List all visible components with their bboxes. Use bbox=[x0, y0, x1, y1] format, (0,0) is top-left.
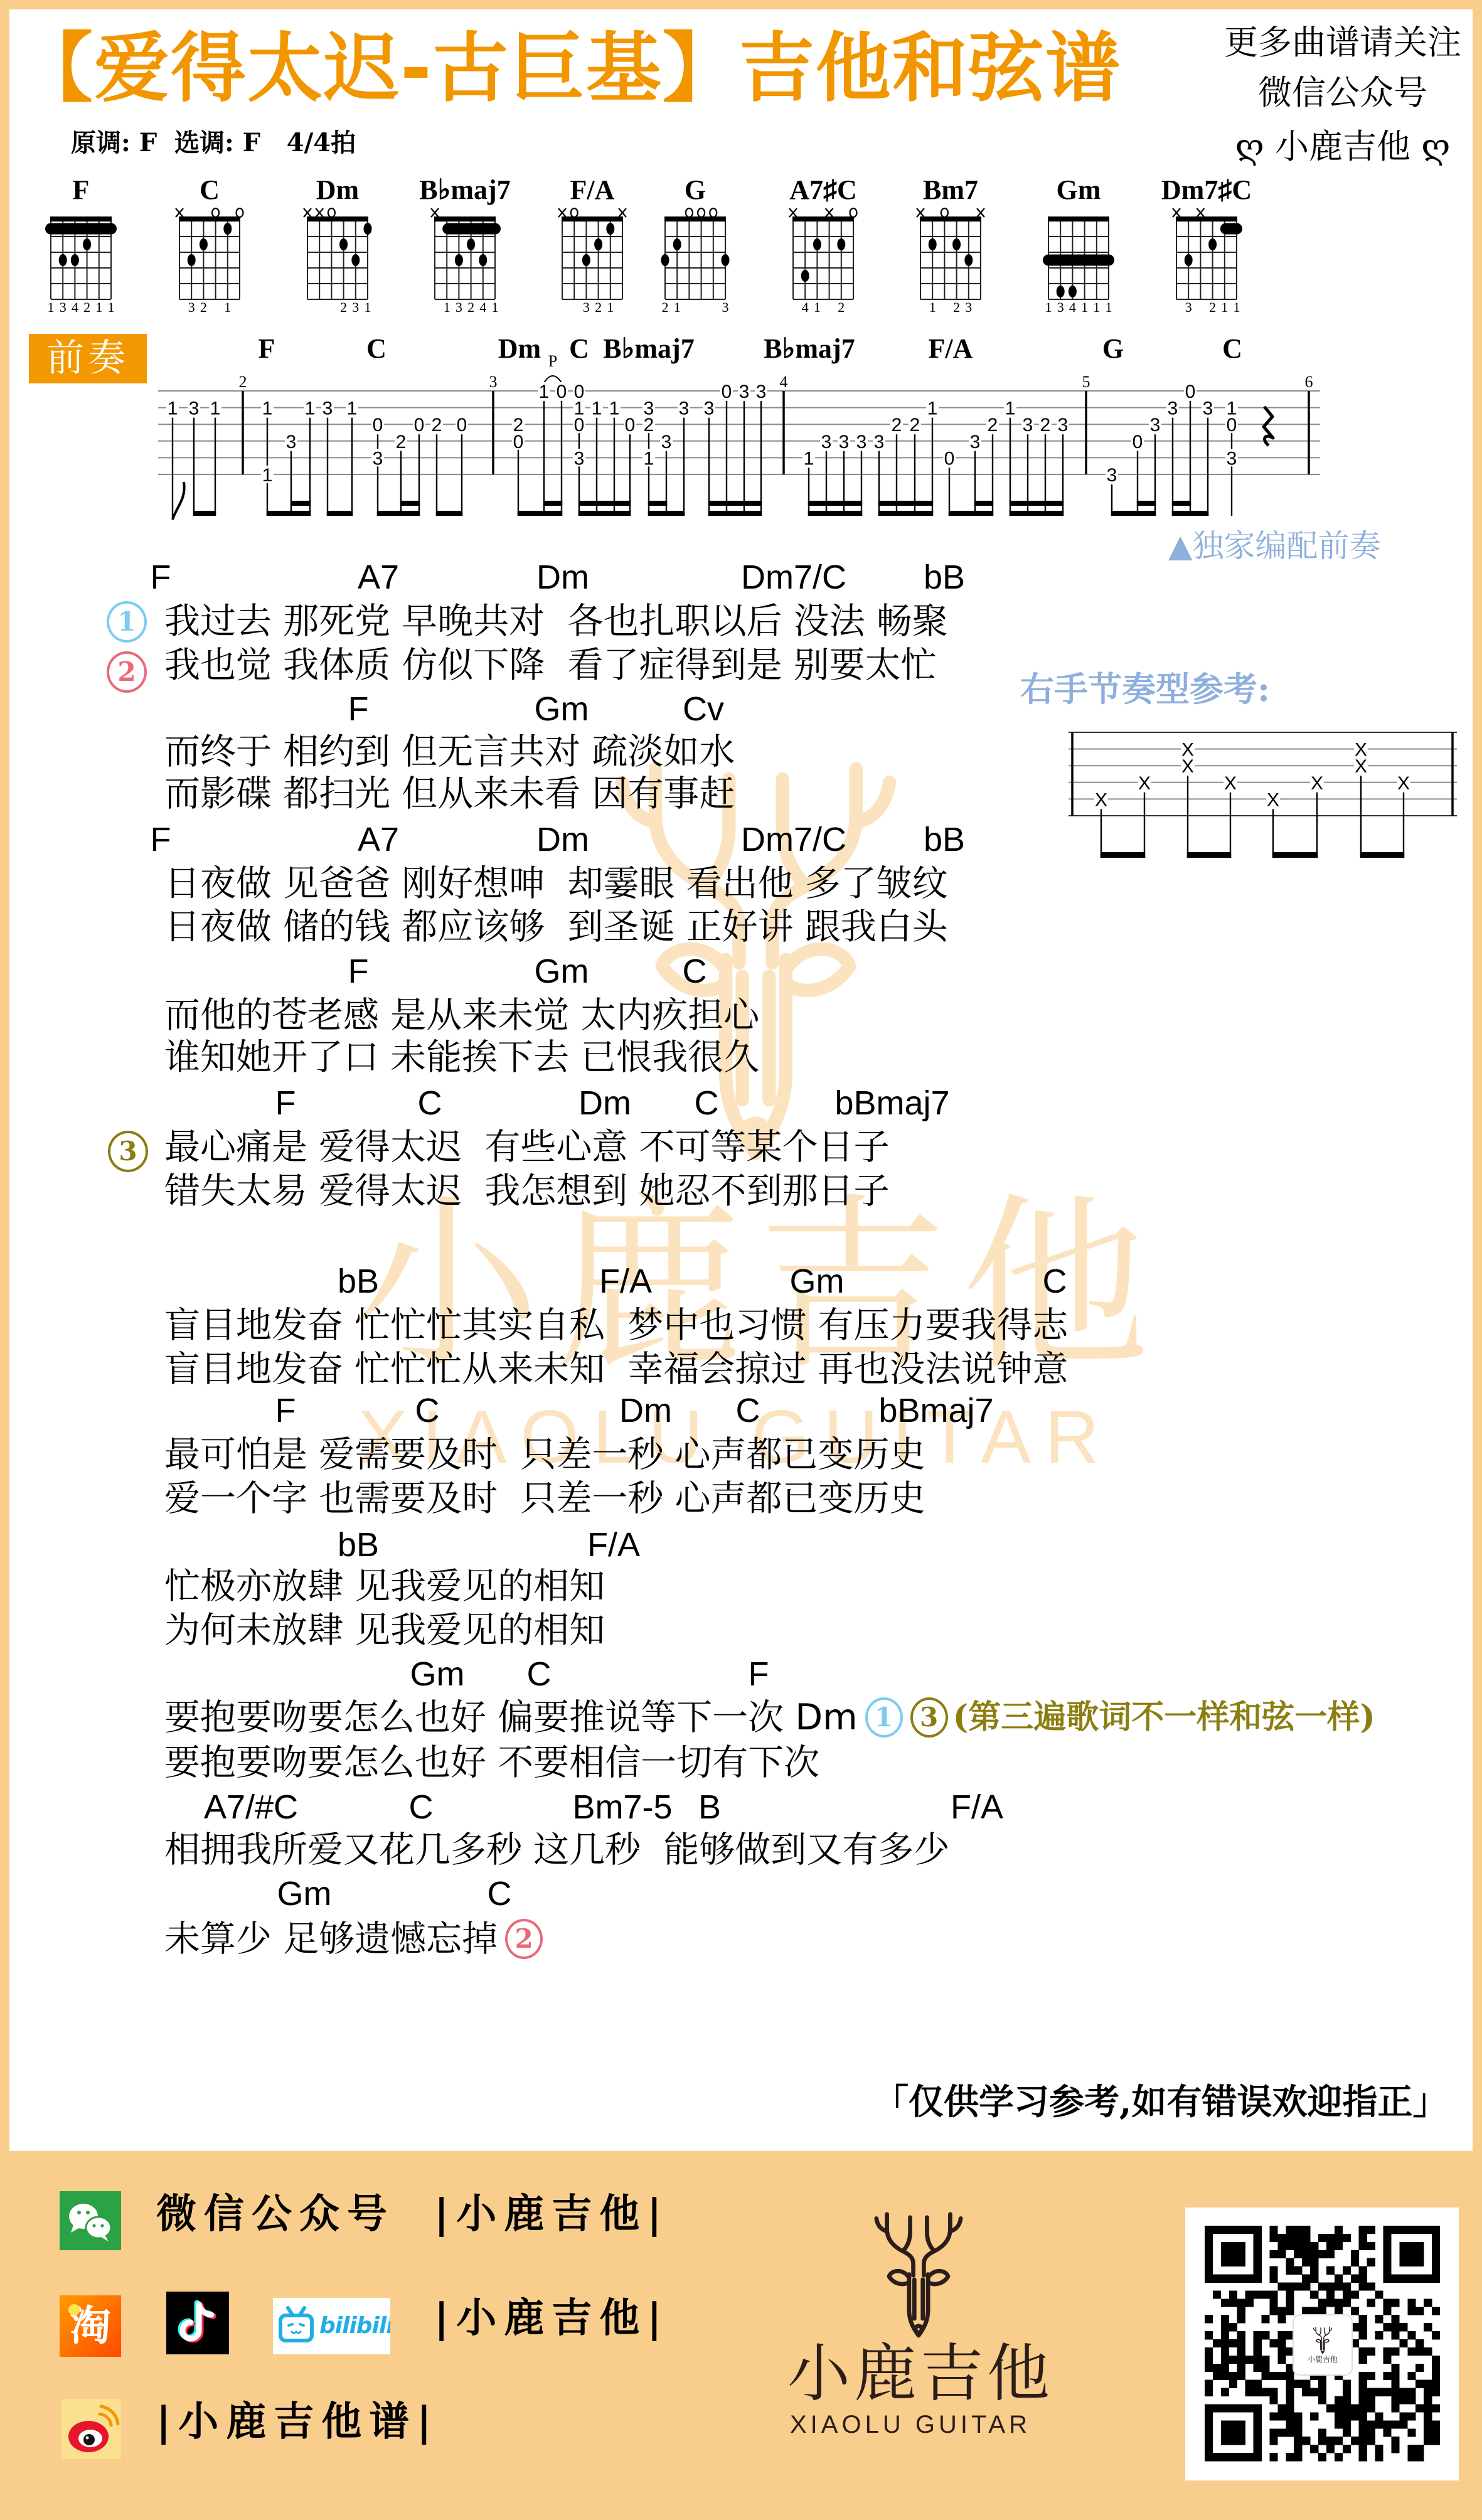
lyric-line: 谁知她开了口 未能挨下去 已恨我很久 bbox=[164, 1037, 759, 1077]
chord-diagram: 412A7♯C bbox=[779, 173, 867, 320]
fret-number: 2 bbox=[432, 415, 442, 435]
lyric-text: 为何未放肆 见我爱见的相知 bbox=[164, 1610, 605, 1650]
chord-line: F A7 Dm Dm7/C bB bbox=[0, 821, 1482, 858]
chord-diagram: 13241B♭maj7 bbox=[421, 173, 509, 320]
chord-line: F C Dm C bBmaj7 bbox=[0, 1392, 1482, 1429]
fret-number: 2 bbox=[892, 415, 902, 435]
fret-number: 3 bbox=[661, 432, 672, 452]
finger-dot bbox=[83, 238, 91, 250]
lyric-line: 忙极亦放肆 见我爱见的相知 bbox=[164, 1566, 605, 1606]
bilibili-text: bilibili bbox=[319, 2312, 390, 2341]
note-beam bbox=[436, 511, 462, 516]
fret-number: 0 bbox=[1185, 382, 1196, 402]
finger-dot bbox=[606, 223, 614, 235]
chord-line: F Gm Cv bbox=[0, 690, 1482, 728]
lyric-line: 最可怕是 爱需要及时 只差一秒 心声都已变历史 bbox=[164, 1434, 925, 1475]
fret-number: 1 bbox=[168, 398, 178, 419]
finger-dot bbox=[188, 254, 196, 266]
fret-number: 2 bbox=[910, 415, 920, 435]
lyric-line: 最心痛是 爱得太迟 有些心意 不可等某个日子 bbox=[164, 1127, 889, 1167]
lyric-text: 相拥我所爱又花几多秒 这几秒 能够做到又有多少 bbox=[164, 1830, 949, 1870]
weibo-account: |小鹿吉他谱| bbox=[156, 2397, 439, 2447]
note-beam bbox=[578, 501, 631, 506]
fret-number: 3 bbox=[756, 382, 767, 402]
douyin-icon bbox=[166, 2292, 229, 2354]
fret-number: 0 bbox=[574, 415, 585, 435]
strum-hit-icon: X bbox=[1138, 773, 1151, 794]
chord-line: F C Dm C bBmaj7 bbox=[0, 1084, 1482, 1122]
fret-number: 0 bbox=[557, 382, 567, 402]
note-beam bbox=[708, 501, 762, 506]
finger-number: 1 bbox=[1081, 299, 1088, 315]
lyric-text: 要抱要吻要怎么也好 偏要推说等下一次 Dm bbox=[164, 1697, 858, 1738]
lyric-line: 爱一个字 也需要及时 只差一秒 心声都已变历史 bbox=[164, 1478, 925, 1519]
fret-number: 1 bbox=[644, 448, 654, 469]
tab-chord-name: F/A bbox=[929, 333, 973, 364]
lyric-chord: Bm7-5 bbox=[572, 1788, 672, 1826]
lyric-line: 日夜做 见爸爸 刚好想呻 却霎眼 看出他 多了皱纹 bbox=[164, 863, 948, 904]
chord-name: A7♯C bbox=[754, 173, 892, 208]
lyric-chord: bBmaj7 bbox=[878, 1392, 993, 1429]
key-info: 原调: F 选调: F 4/4拍 bbox=[71, 129, 356, 157]
open-string-icon bbox=[686, 208, 693, 217]
fret-number: 3 bbox=[839, 432, 850, 452]
lyric-chord: bB bbox=[338, 1263, 379, 1300]
finger-number: 1 bbox=[1234, 299, 1240, 315]
finger-number: 2 bbox=[595, 299, 602, 315]
finger-number: 1 bbox=[444, 299, 450, 315]
measure-number: 3 bbox=[489, 373, 498, 391]
finger-dot bbox=[964, 254, 973, 266]
fret-number: 1 bbox=[927, 398, 938, 419]
finger-dot bbox=[339, 238, 348, 250]
chord-nut bbox=[1048, 216, 1109, 222]
video-account: |小鹿吉他| bbox=[434, 2293, 669, 2344]
fret-number: 2 bbox=[1040, 415, 1051, 435]
lyric-chord: Gm bbox=[535, 953, 589, 990]
finger-dot bbox=[661, 254, 669, 266]
chord-name: Dm bbox=[269, 173, 407, 208]
brand-name-en: XIAOLU GUITAR bbox=[790, 2410, 1031, 2440]
finger-number: 1 bbox=[95, 299, 102, 315]
lyric-line: 未算少 足够遗憾忘掉 2 bbox=[164, 1919, 543, 1959]
fret-number: 3 bbox=[1168, 398, 1178, 419]
lyric-chord: bB bbox=[338, 1526, 379, 1564]
chord-diagram: 321F/A bbox=[548, 173, 636, 320]
lyric-chord: F bbox=[348, 690, 369, 728]
chord-diagram: 134211F bbox=[37, 173, 125, 320]
finger-number: 3 bbox=[722, 299, 729, 315]
lyric-text: 要抱要吻要怎么也好 不要相信一切有下次 bbox=[164, 1743, 819, 1783]
lyric-line: 要抱要吻要怎么也好 不要相信一切有下次 bbox=[164, 1743, 819, 1783]
lyric-text: 盲目地发奋 忙忙忙其实自私 梦中也习惯 有压力要我得志 bbox=[164, 1305, 1068, 1345]
finger-dot bbox=[722, 254, 730, 266]
fret-number: 3 bbox=[821, 432, 832, 452]
fret-number: 1 bbox=[609, 398, 620, 419]
finger-dot bbox=[59, 254, 67, 266]
lyric-chord: C bbox=[683, 953, 707, 990]
finger-number: 2 bbox=[953, 299, 960, 315]
finger-number: 2 bbox=[200, 299, 207, 315]
fret-number: 0 bbox=[722, 382, 732, 402]
chord-name: Bm7 bbox=[882, 173, 1020, 208]
finger-number: 3 bbox=[1185, 299, 1192, 315]
fret-number: 0 bbox=[1227, 415, 1237, 435]
note-beam bbox=[578, 511, 631, 516]
fret-number: 2 bbox=[644, 415, 654, 435]
fret-number: 0 bbox=[1133, 432, 1143, 452]
lyric-chord: C bbox=[415, 1392, 440, 1429]
fret-number: 1 bbox=[804, 448, 814, 469]
note-beam bbox=[267, 511, 311, 516]
verse-marker-1: 1 bbox=[865, 1697, 903, 1738]
finger-number: 1 bbox=[48, 299, 55, 315]
chord-line: F A7 Dm Dm7/C bB bbox=[0, 558, 1482, 596]
verse-marker-2: 2 bbox=[107, 651, 147, 693]
fret-number: 0 bbox=[414, 415, 425, 435]
finger-number: 1 bbox=[492, 299, 499, 315]
fret-number: 0 bbox=[513, 432, 524, 452]
tab-chord-name: B♭maj7 bbox=[603, 333, 694, 364]
note-beam bbox=[808, 501, 862, 506]
finger-number: 2 bbox=[340, 299, 347, 315]
finger-dot bbox=[1057, 286, 1065, 297]
finger-number: 2 bbox=[83, 299, 90, 315]
fret-number: 1 bbox=[539, 382, 550, 402]
lyric-chord: A7/#C bbox=[204, 1788, 298, 1826]
chord-name: Dm7♯C bbox=[1138, 173, 1276, 208]
fret-number: 1 bbox=[210, 398, 221, 419]
chord-line: bB F/A Gm C bbox=[0, 1263, 1482, 1300]
lyric-chord: Dm bbox=[536, 821, 589, 858]
muted-string-icon bbox=[1173, 208, 1180, 217]
fret-number: 1 bbox=[592, 398, 602, 419]
lyric-chord: Cv bbox=[683, 690, 724, 728]
muted-string-icon bbox=[619, 208, 626, 217]
lyric-text: 日夜做 储的钱 都应该够 到圣诞 正好讲 跟我白头 bbox=[164, 907, 948, 947]
finger-number: 1 bbox=[1045, 299, 1052, 315]
finger-dot bbox=[479, 254, 487, 266]
lyric-chord: A7 bbox=[358, 558, 399, 596]
chord-nut bbox=[179, 216, 240, 222]
measure-number: 2 bbox=[239, 373, 247, 391]
lyric-line: 相拥我所爱又花几多秒 这几秒 能够做到又有多少 bbox=[164, 1830, 949, 1870]
fret-number: 3 bbox=[856, 432, 867, 452]
finger-dot bbox=[200, 238, 208, 250]
open-string-icon bbox=[941, 208, 948, 217]
note-beam bbox=[193, 511, 216, 516]
lyric-chord: Dm7/C bbox=[741, 821, 846, 858]
tab-chord-name: Dm bbox=[498, 333, 541, 364]
open-string-icon bbox=[328, 208, 335, 217]
lyric-chord: Gm bbox=[410, 1655, 465, 1693]
lyric-chord: F/A bbox=[587, 1526, 640, 1564]
lyric-text: 未算少 足够遗憾忘掉 bbox=[164, 1919, 498, 1959]
fret-number: 2 bbox=[396, 432, 407, 452]
lyric-chord: bB bbox=[924, 558, 965, 596]
lyric-chord: F bbox=[348, 953, 369, 990]
lyric-text: 错失太易 爱得太迟 我怎想到 她忍不到那日子 bbox=[164, 1171, 889, 1211]
note-beam bbox=[1172, 501, 1191, 506]
strum-hit-icon: X bbox=[1095, 789, 1107, 810]
lyric-chord: F bbox=[275, 1084, 296, 1122]
finger-number: 3 bbox=[965, 299, 972, 315]
finger-number: 4 bbox=[479, 299, 486, 315]
fret-number: 1 bbox=[347, 398, 358, 419]
finger-number: 4 bbox=[1069, 299, 1076, 315]
finger-dot bbox=[673, 238, 681, 250]
lyric-chord: F/A bbox=[599, 1263, 652, 1300]
fret-number: 3 bbox=[679, 398, 690, 419]
finger-dot bbox=[467, 238, 475, 250]
lyric-chord: F bbox=[749, 1655, 769, 1693]
qr-center-text: 小鹿吉他 bbox=[1308, 2355, 1338, 2364]
muted-string-icon bbox=[1197, 208, 1204, 217]
note-beam bbox=[1172, 511, 1208, 516]
chord-name: Gm bbox=[1010, 173, 1148, 208]
finger-number: 1 bbox=[224, 299, 231, 315]
finger-number: 2 bbox=[662, 299, 669, 315]
finger-number: 3 bbox=[456, 299, 462, 315]
chord-nut bbox=[792, 216, 854, 222]
note-beam bbox=[974, 501, 993, 506]
finger-dot bbox=[364, 223, 372, 235]
lyric-chord: F bbox=[275, 1392, 296, 1429]
chord-diagram: 321C bbox=[166, 173, 253, 320]
finger-dot bbox=[223, 223, 232, 235]
open-string-icon bbox=[698, 208, 705, 217]
finger-dot bbox=[837, 238, 845, 250]
lyric-text: 而他的苍老感 是从来未觉 太内疚担心 bbox=[164, 995, 759, 1035]
lyric-chord: C bbox=[736, 1392, 760, 1429]
fret-number: 3 bbox=[739, 382, 750, 402]
strum-hit-icon: X bbox=[1397, 773, 1410, 794]
lyric-text: 我过去 那死党 早晚共对 各也扎职以后 没法 畅聚 bbox=[164, 601, 948, 641]
lyric-line: 错失太易 爱得太迟 我怎想到 她忍不到那日子 bbox=[164, 1171, 889, 1211]
lyric-text: 忙极亦放肆 见我爱见的相知 bbox=[164, 1566, 605, 1606]
tab-chord-name: F bbox=[259, 333, 275, 364]
open-string-icon bbox=[850, 208, 857, 217]
follow-line-2: 微信公众号 bbox=[1211, 74, 1474, 112]
fret-number: 3 bbox=[874, 432, 885, 452]
finger-number: 4 bbox=[802, 299, 809, 315]
fret-number: 0 bbox=[944, 448, 955, 469]
finger-dot bbox=[952, 238, 961, 250]
lyric-text: 谁知她开了口 未能挨下去 已恨我很久 bbox=[164, 1037, 759, 1077]
barre-marker bbox=[442, 223, 501, 235]
fret-number: 3 bbox=[970, 432, 981, 452]
bilibili-icon: bilibili bbox=[273, 2298, 390, 2354]
verse-marker-2: 2 bbox=[505, 1919, 543, 1959]
lyric-text: 爱一个字 也需要及时 只差一秒 心声都已变历史 bbox=[164, 1478, 925, 1519]
finger-number: 4 bbox=[72, 299, 78, 315]
fret-number: 1 bbox=[305, 398, 316, 419]
strum-hit-icon: X bbox=[1311, 773, 1323, 794]
lyric-text: 日夜做 见爸爸 刚好想呻 却霎眼 看出他 多了皱纹 bbox=[164, 863, 948, 904]
note-beam bbox=[1010, 511, 1064, 516]
tab-chord-name: C bbox=[569, 333, 589, 364]
fret-number: 0 bbox=[457, 415, 467, 435]
chord-nut bbox=[1176, 216, 1237, 222]
lyric-line: 为何未放肆 见我爱见的相知 bbox=[164, 1610, 605, 1650]
chord-name: C bbox=[141, 173, 279, 208]
chord-nut bbox=[664, 216, 726, 222]
finger-number: 2 bbox=[838, 299, 845, 315]
muted-string-icon bbox=[789, 208, 797, 217]
fret-number: 3 bbox=[1058, 415, 1069, 435]
note-beam bbox=[400, 501, 420, 506]
lyric-chord: A7 bbox=[358, 821, 399, 858]
fret-number: 3 bbox=[373, 448, 383, 469]
lyric-chord: C bbox=[488, 1875, 512, 1913]
measure-number: 4 bbox=[780, 373, 788, 391]
lyric-chord: bBmaj7 bbox=[834, 1084, 949, 1122]
finger-number: 2 bbox=[467, 299, 474, 315]
lyric-text: 最可怕是 爱需要及时 只差一秒 心声都已变历史 bbox=[164, 1434, 925, 1475]
finger-number: 1 bbox=[1221, 299, 1228, 315]
note-beam bbox=[1010, 501, 1064, 506]
chord-diagram: 134111Gm bbox=[1035, 173, 1122, 320]
lyric-text: 最心痛是 爱得太迟 有些心意 不可等某个日子 bbox=[164, 1127, 889, 1167]
fret-number: 0 bbox=[373, 415, 383, 435]
fret-number: 2 bbox=[988, 415, 998, 435]
fret-number: 3 bbox=[323, 398, 333, 419]
barre-marker bbox=[45, 223, 117, 235]
finger-number: 1 bbox=[365, 299, 371, 315]
finger-dot bbox=[71, 254, 79, 266]
finger-number: 2 bbox=[1209, 299, 1216, 315]
lyric-chord: C bbox=[695, 1084, 719, 1122]
muted-string-icon bbox=[977, 208, 984, 217]
open-string-icon bbox=[571, 208, 578, 217]
wechat-account: |小鹿吉他| bbox=[434, 2189, 669, 2240]
chord-name: F bbox=[12, 173, 150, 208]
lyric-chord: Dm bbox=[619, 1392, 672, 1429]
fret-number: 3 bbox=[1107, 465, 1117, 486]
lyric-line: 而他的苍老感 是从来未觉 太内疚担心 bbox=[164, 995, 759, 1035]
fret-number: 3 bbox=[189, 398, 200, 419]
chord-nut bbox=[562, 216, 623, 222]
note-beam bbox=[878, 511, 933, 516]
chord-line: Gm C bbox=[0, 1875, 1482, 1913]
follow-line-3: ღ 小鹿吉他 ღ bbox=[1211, 128, 1474, 166]
lyric-chord: C bbox=[527, 1655, 552, 1693]
open-string-icon bbox=[212, 208, 219, 217]
finger-number: 3 bbox=[1057, 299, 1064, 315]
chord-line: Gm C F bbox=[0, 1655, 1482, 1693]
fret-number: 0 bbox=[625, 415, 636, 435]
finger-dot bbox=[801, 270, 809, 282]
finger-number: 1 bbox=[814, 299, 821, 315]
follow-line-1: 更多曲谱请关注 bbox=[1211, 24, 1474, 61]
chord-nut bbox=[50, 216, 112, 222]
lyric-chord: Dm7/C bbox=[741, 558, 846, 596]
pull-off-label: P bbox=[548, 352, 557, 370]
note-flag bbox=[173, 482, 184, 520]
chord-line: A7/#C C Bm7-5 B F/A bbox=[0, 1788, 1482, 1826]
qr-center-logo: 小鹿吉他 bbox=[1293, 2314, 1353, 2376]
chord-diagram: 3211Dm7♯C bbox=[1163, 173, 1250, 320]
fret-number: 1 bbox=[262, 398, 273, 419]
finger-dot bbox=[594, 238, 602, 250]
lyric-chord: F/A bbox=[951, 1788, 1003, 1826]
fret-number: 3 bbox=[1150, 415, 1161, 435]
muted-string-icon bbox=[558, 208, 566, 217]
taobao-icon: 淘 bbox=[60, 2295, 121, 2357]
finger-dot bbox=[351, 254, 360, 266]
fret-number: 3 bbox=[1023, 415, 1033, 435]
chord-sheet-page: 小鹿吉他 XIAOLU GUITAR 【爱得太迟-古巨基】吉他和弦谱 更多曲谱请… bbox=[0, 0, 1482, 2520]
chord-nut bbox=[920, 216, 981, 222]
tab-chord-name: C bbox=[366, 333, 386, 364]
fret-number: 1 bbox=[262, 465, 273, 486]
lyric-line: 而终于 相约到 但无言共对 疏淡如水 bbox=[164, 732, 735, 772]
note-beam bbox=[1137, 501, 1156, 506]
finger-number: 3 bbox=[352, 299, 359, 315]
chord-nut bbox=[434, 216, 496, 222]
note-beam bbox=[291, 501, 311, 506]
fret-number: 1 bbox=[1005, 398, 1016, 419]
finger-dot bbox=[813, 238, 821, 250]
note-beam bbox=[1111, 511, 1156, 516]
finger-number: 1 bbox=[1093, 299, 1100, 315]
lyric-chord: F bbox=[151, 821, 171, 858]
lyric-text: 盲目地发奋 忙忙忙从来未知 幸福会掠过 再也没法说钟意 bbox=[164, 1349, 1068, 1389]
muted-string-icon bbox=[316, 208, 323, 217]
finger-number: 1 bbox=[607, 299, 614, 315]
chord-diagram: 231Dm bbox=[294, 173, 381, 320]
barre-marker bbox=[1220, 223, 1242, 235]
note-beam bbox=[327, 511, 353, 516]
chord-diagram: 213G bbox=[651, 173, 739, 320]
note-beam bbox=[808, 511, 862, 516]
lyric-line: 日夜做 储的钱 都应该够 到圣诞 正好讲 跟我白头 bbox=[164, 907, 948, 947]
finger-number: 1 bbox=[929, 299, 936, 315]
finger-number: 1 bbox=[674, 299, 681, 315]
finger-dot bbox=[1185, 254, 1193, 266]
strum-hit-icon: X bbox=[1267, 789, 1279, 810]
lyric-text: 而终于 相约到 但无言共对 疏淡如水 bbox=[164, 732, 735, 772]
barre-marker bbox=[1043, 255, 1114, 266]
lyric-chord: C bbox=[409, 1788, 434, 1826]
repeat-note: (第三遍歌词不一样和弦一样) bbox=[953, 1697, 1375, 1738]
tab-chord-name: G bbox=[1102, 333, 1124, 364]
finger-number: 3 bbox=[60, 299, 67, 315]
chord-name: G bbox=[626, 173, 764, 208]
note-beam bbox=[648, 511, 685, 516]
lyric-line: 我也觉 我体质 仿似下降 看了症得到是 别要太忙 bbox=[164, 645, 937, 685]
finger-number: 1 bbox=[108, 299, 115, 315]
lyric-chord: Dm bbox=[578, 1084, 631, 1122]
strum-hit-icon: X bbox=[1355, 756, 1367, 777]
fret-number: 3 bbox=[286, 432, 297, 452]
strum-hit-icon: X bbox=[1224, 773, 1237, 794]
note-beam bbox=[708, 511, 762, 516]
lyric-chord: B bbox=[698, 1788, 721, 1826]
disclaimer: 「仅供学习参考,如有错误欢迎指正」 bbox=[873, 2082, 1448, 2122]
fret-number: 3 bbox=[574, 448, 585, 469]
lyric-chord: C bbox=[418, 1084, 442, 1122]
open-string-icon bbox=[237, 208, 243, 217]
note-beam bbox=[518, 511, 562, 516]
lyric-line: 而影碟 都扫光 但从来未看 因有事赶 bbox=[164, 774, 735, 814]
muted-string-icon bbox=[431, 208, 439, 217]
finger-dot bbox=[582, 254, 590, 266]
lyric-chord: Gm bbox=[277, 1875, 332, 1913]
verse-marker-3: 3 bbox=[910, 1697, 948, 1738]
open-string-icon bbox=[710, 208, 717, 217]
lyric-line: 要抱要吻要怎么也好 偏要推说等下一次 Dm 1 3 (第三遍歌词不一样和弦一样) bbox=[164, 1697, 1375, 1738]
